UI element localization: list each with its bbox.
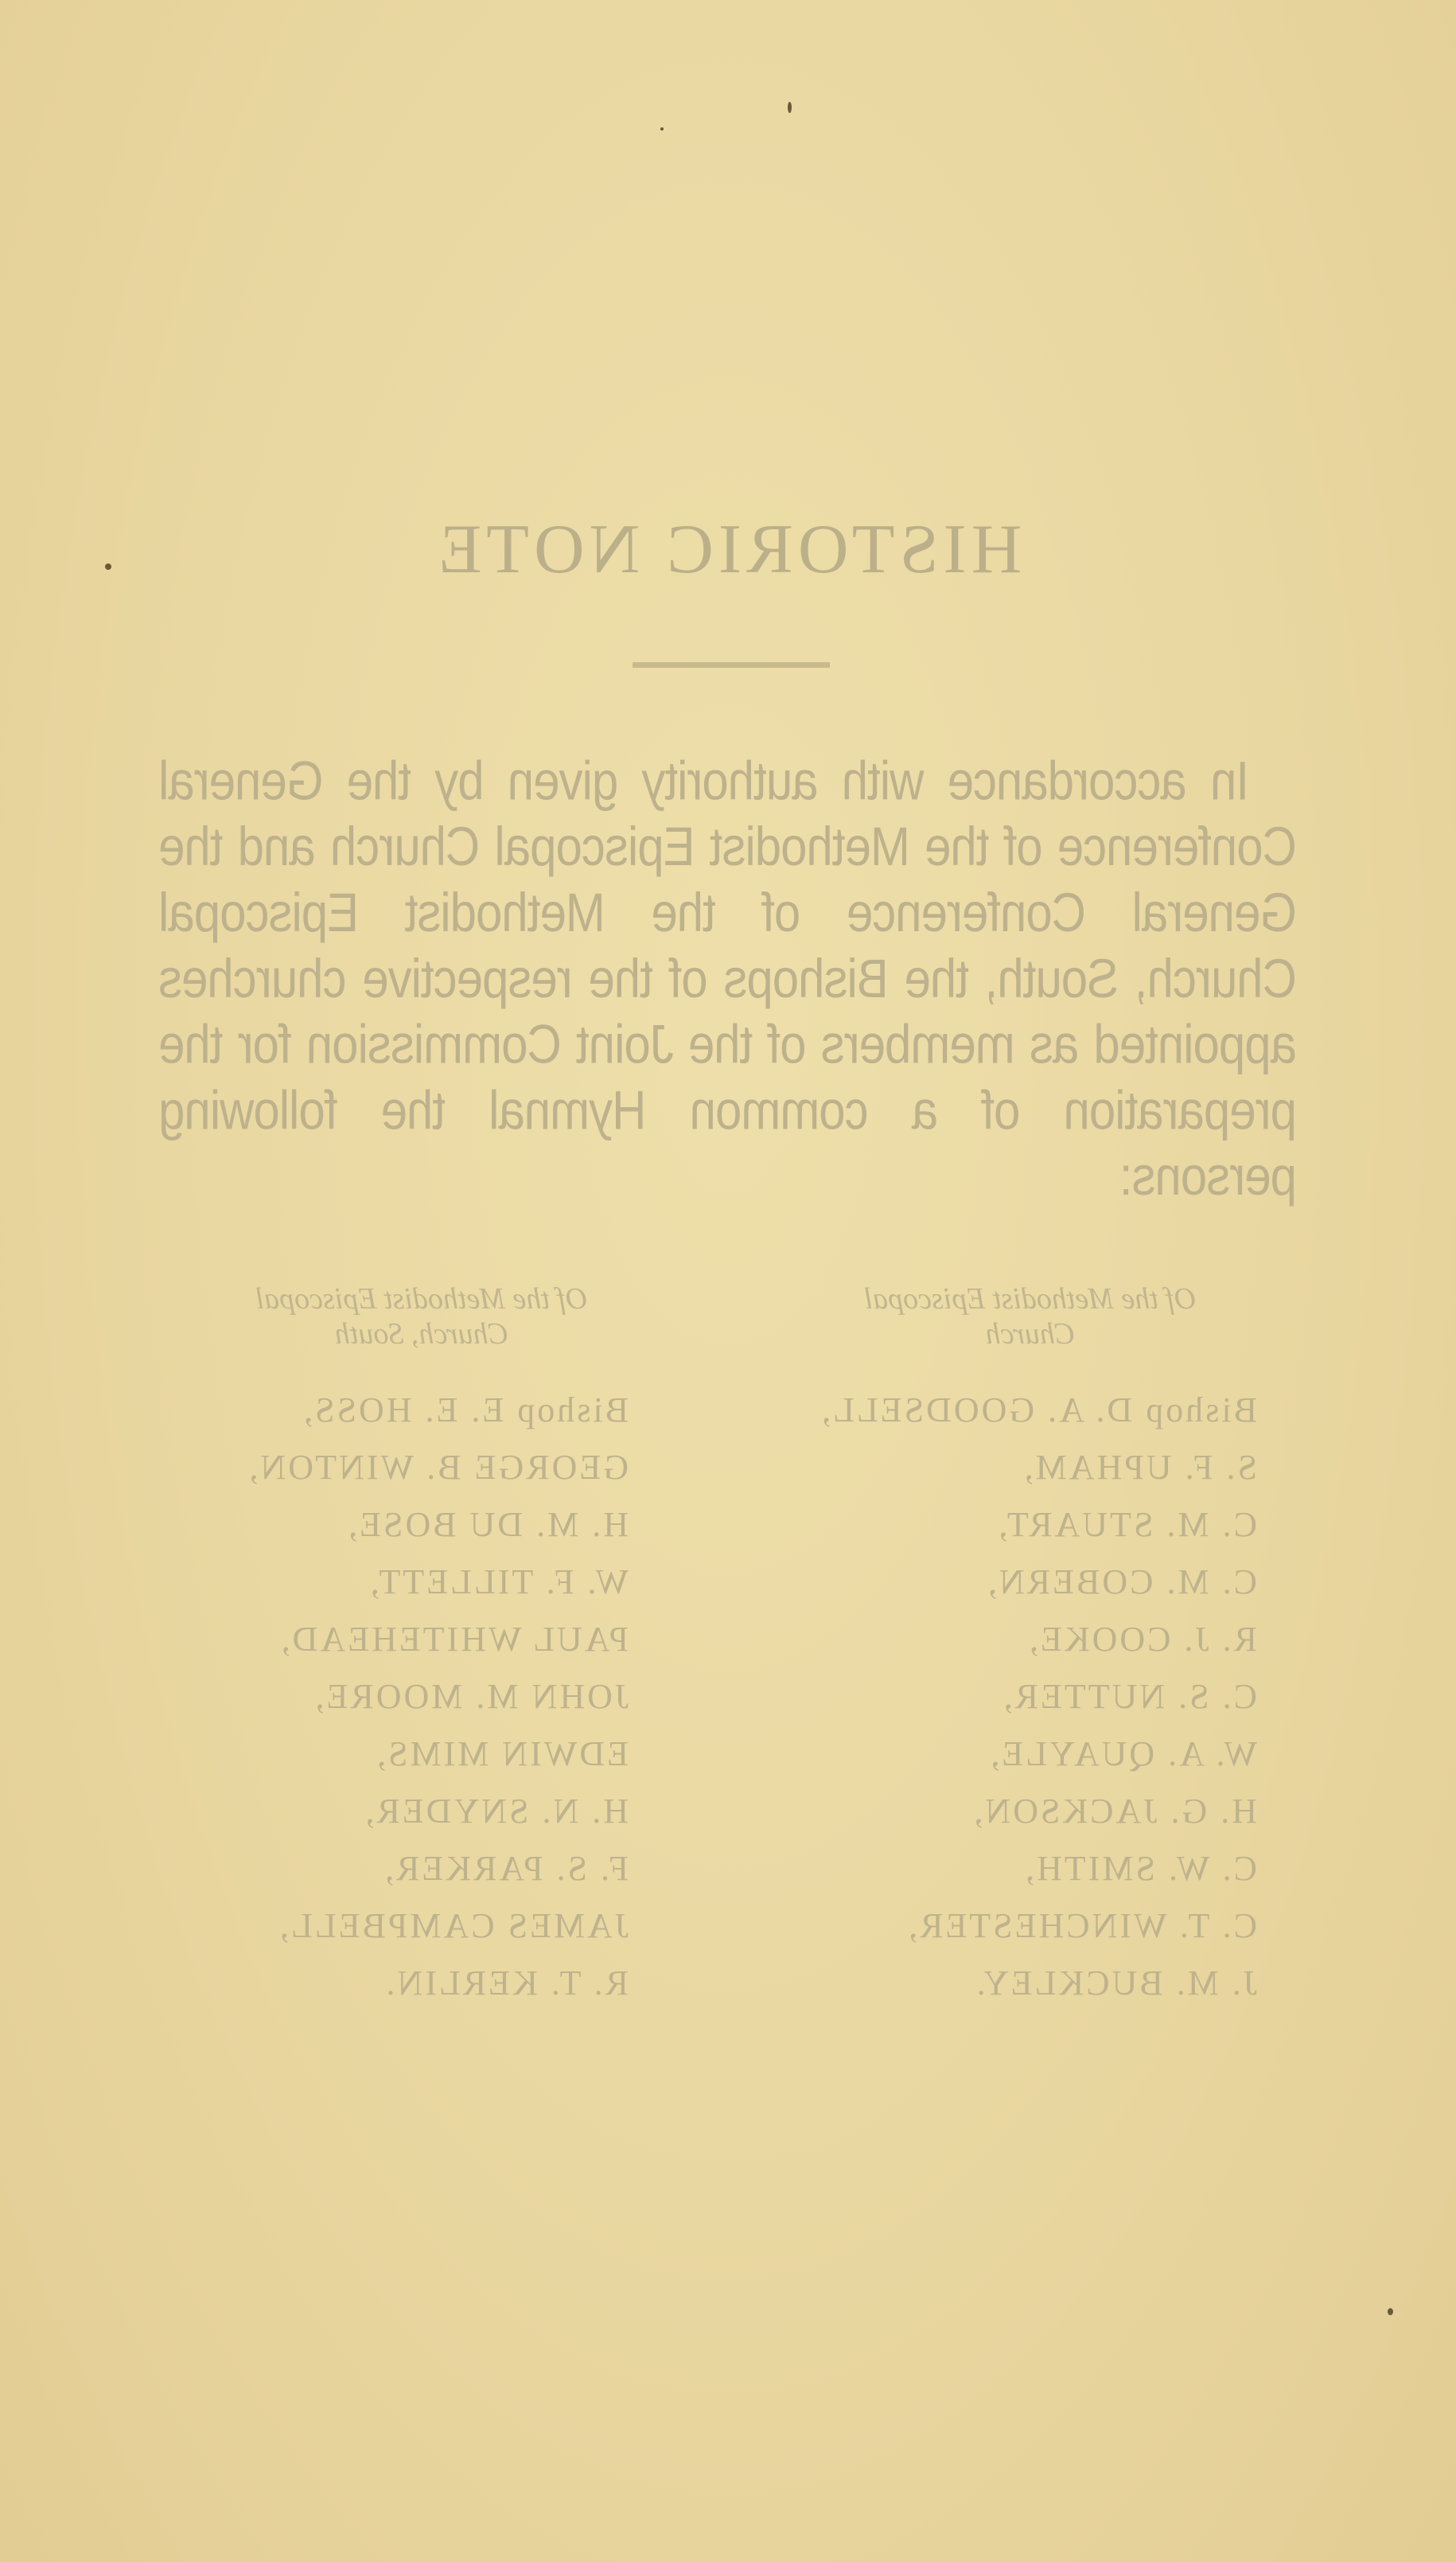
column-heading: Of the Methodist Episcopal Church, South	[143, 1281, 700, 1351]
list-item: H. M. DU BOSE,	[143, 1496, 700, 1554]
column-heading: Of the Methodist Episcopal Church	[772, 1281, 1289, 1351]
title-rule-divider	[633, 662, 830, 668]
list-item: C. M. COBERN,	[772, 1554, 1289, 1611]
paper-speck	[105, 563, 111, 570]
list-item: JAMES CAMPBELL,	[143, 1897, 700, 1955]
list-item: C. W. SMITH,	[772, 1840, 1289, 1897]
list-item: PAUL WHITEHEAD,	[143, 1611, 700, 1668]
page-title: HISTORIC NOTE	[0, 509, 1456, 590]
historic-note-paragraph: In accordance with authority given by th…	[159, 748, 1297, 1210]
list-item: H. N. SNYDER,	[143, 1783, 700, 1840]
list-item: J. M. BUCKLEY.	[772, 1955, 1289, 2012]
mirrored-page: HISTORIC NOTE In accordance with authori…	[0, 0, 1456, 2562]
paper-speck	[788, 102, 792, 113]
list-item: R. J. COOKE,	[772, 1611, 1289, 1668]
paper-speck	[660, 127, 664, 131]
list-item: W. A. QUAYLE,	[772, 1726, 1289, 1783]
list-item: H. G. JACKSON,	[772, 1783, 1289, 1840]
list-item: Bishop E. E. HOSS,	[143, 1382, 700, 1439]
list-item: GEORGE B. WINTON,	[143, 1439, 700, 1496]
list-item: C. S. NUTTER,	[772, 1668, 1289, 1726]
list-item: C. T. WINCHESTER,	[772, 1897, 1289, 1955]
list-item: EDWIN MIMS,	[143, 1726, 700, 1783]
list-item: W. F. TILLETT,	[143, 1554, 700, 1611]
name-list: Bishop E. E. HOSS, GEORGE B. WINTON, H. …	[143, 1382, 700, 2012]
name-list: Bishop D. A. GOODSELL, S. F. UPHAM, C. M…	[772, 1382, 1289, 2012]
list-item: JOHN M. MOORE,	[143, 1668, 700, 1726]
list-item: R. T. KERLIN.	[143, 1955, 700, 2012]
list-item: S. F. UPHAM,	[772, 1439, 1289, 1496]
list-item: Bishop D. A. GOODSELL,	[772, 1382, 1289, 1439]
column-methodist-episcopal: Of the Methodist Episcopal Church Bishop…	[772, 1281, 1289, 2012]
column-methodist-episcopal-south: Of the Methodist Episcopal Church, South…	[143, 1281, 700, 2012]
list-item: C. M. STUART,	[772, 1496, 1289, 1554]
list-item: F. S. PARKER,	[143, 1840, 700, 1897]
paper-speck	[1388, 2308, 1393, 2315]
